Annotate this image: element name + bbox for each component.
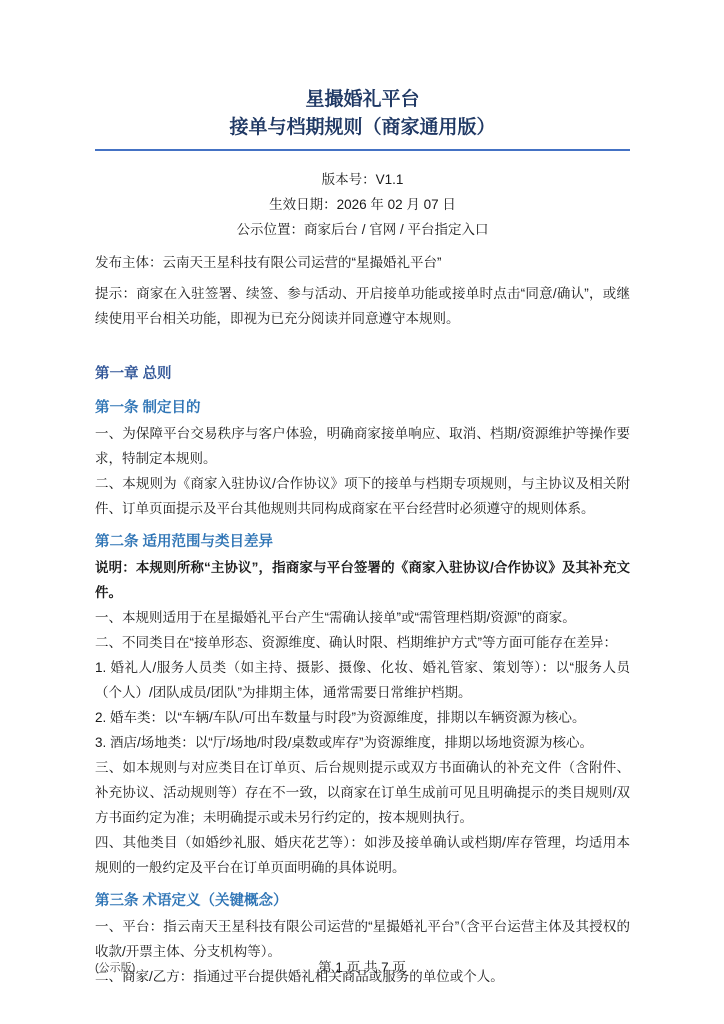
article-2-heading: 第二条 适用范围与类目差异 [95, 530, 630, 555]
article-2-list-item: 3. 酒店/场地类：以“厅/场地/时段/桌数或库存”为资源维度，排期以场地资源为… [95, 730, 630, 755]
document-title: 星撮婚礼平台 接单与档期规则（商家通用版） [95, 86, 630, 142]
article-2-paragraph: 二、不同类目在“接单形态、资源维度、确认时限、档期维护方式”等方面可能存在差异： [95, 630, 630, 655]
article-2-paragraph: 四、其他类目（如婚纱礼服、婚庆花艺等）：如涉及接单确认或档期/库存管理，均适用本… [95, 830, 630, 880]
effective-date-line: 生效日期：2026 年 02 月 07 日 [95, 192, 630, 217]
agreement-notice: 提示：商家在入驻签署、续签、参与活动、开启接单功能或接单时点击“同意/确认”，或… [95, 281, 630, 331]
publish-location-line: 公示位置：商家后台 / 官网 / 平台指定入口 [95, 217, 630, 242]
title-divider-rule [95, 149, 630, 151]
version-line: 版本号：V1.1 [95, 167, 630, 192]
title-line-1: 星撮婚礼平台 [95, 86, 630, 114]
article-2-scope-note: 说明：本规则所称“主协议”，指商家与平台签署的《商家入驻协议/合作协议》及其补充… [95, 555, 630, 605]
article-1-paragraph: 一、为保障平台交易秩序与客户体验，明确商家接单响应、取消、档期/资源维护等操作要… [95, 421, 630, 471]
publisher-line: 发布主体：云南天王星科技有限公司运营的“星撮婚礼平台” [95, 250, 630, 275]
document-page: 星撮婚礼平台 接单与档期规则（商家通用版） 版本号：V1.1 生效日期：2026… [0, 0, 724, 1024]
article-2-paragraph: 三、如本规则与对应类目在订单页、后台规则提示或双方书面确认的补充文件（含附件、补… [95, 755, 630, 830]
document-content: 星撮婚礼平台 接单与档期规则（商家通用版） 版本号：V1.1 生效日期：2026… [95, 86, 630, 989]
page-footer: (公示版) 第 1 页 共 7 页 [0, 953, 724, 983]
article-1-paragraph: 二、本规则为《商家入驻协议/合作协议》项下的接单与档期专项规则，与主协议及相关附… [95, 471, 630, 521]
chapter-1-heading: 第一章 总则 [95, 362, 630, 387]
document-meta: 版本号：V1.1 生效日期：2026 年 02 月 07 日 公示位置：商家后台… [95, 167, 630, 242]
article-2-list-item: 2. 婚车类：以“车辆/车队/可出车数量与时段”为资源维度，排期以车辆资源为核心… [95, 705, 630, 730]
article-3-heading: 第三条 术语定义（关键概念） [95, 889, 630, 914]
title-line-2: 接单与档期规则（商家通用版） [95, 114, 630, 142]
article-1-heading: 第一条 制定目的 [95, 396, 630, 421]
article-2-paragraph: 一、本规则适用于在星撮婚礼平台产生“需确认接单”或“需管理档期/资源”的商家。 [95, 605, 630, 630]
article-2-list-item: 1. 婚礼人/服务人员类（如主持、摄影、摄像、化妆、婚礼管家、策划等）：以“服务… [95, 655, 630, 705]
footer-page-number: 第 1 页 共 7 页 [0, 956, 724, 976]
